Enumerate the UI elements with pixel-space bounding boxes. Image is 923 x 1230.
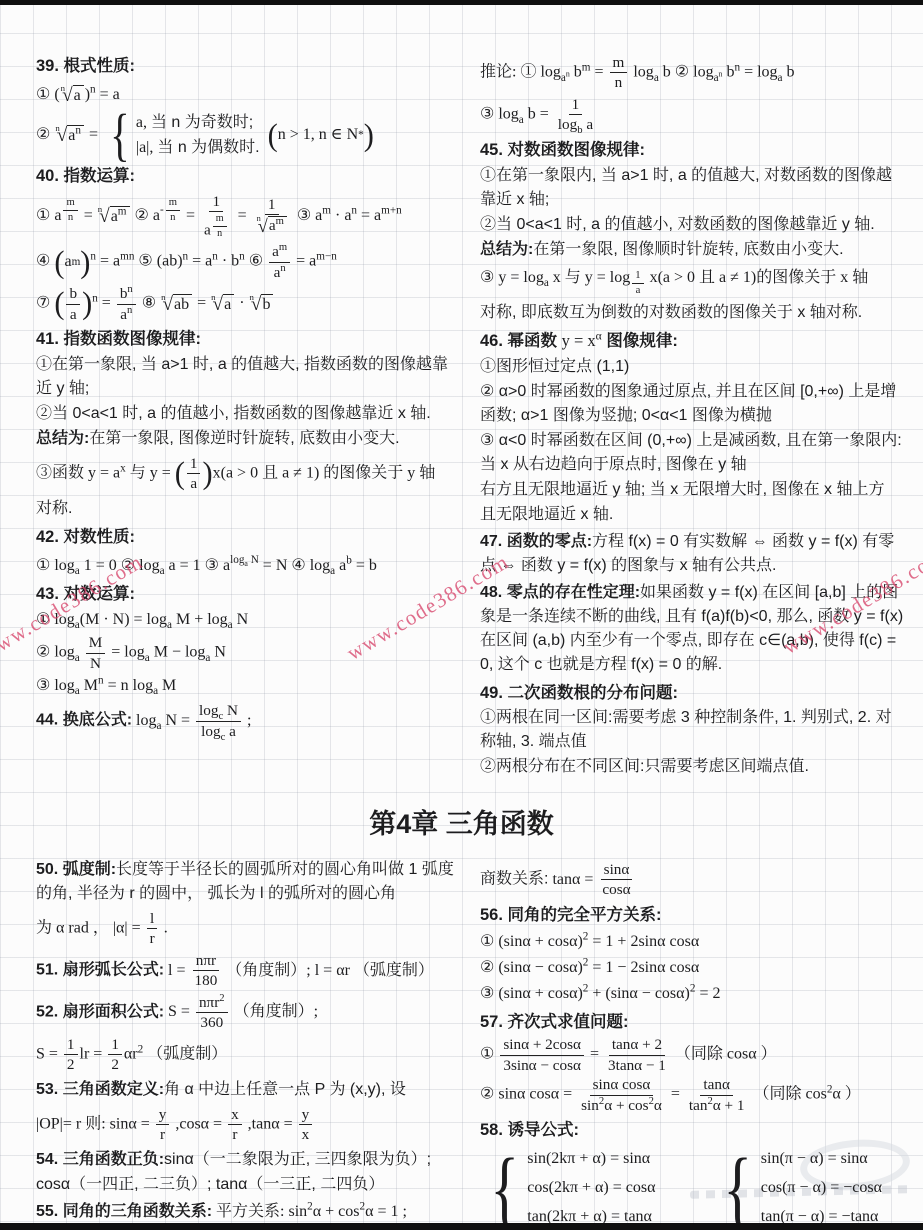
induction-group-2-column: sin(π − α) = sinα cos(π − α) = −cosα tan… — [761, 1145, 882, 1230]
section-45-heading: 45. 对数函数图像规律: — [480, 138, 905, 163]
section-51-heading: 51. 扇形弧长公式: — [36, 962, 164, 979]
section-58-heading: 58. 诱导公式: — [480, 1118, 905, 1143]
right-column-top: 推论: ① logan bm = mn loga b ② logan bn = … — [480, 50, 905, 782]
section-46-heading-math: y = xα — [562, 331, 602, 350]
formula-52-2: S = 12lr = 12αr2 （弧度制） — [36, 1036, 464, 1074]
formula-57-1: ① sinα + 2cosα3sinα − cosα = tanα + 23ta… — [480, 1036, 905, 1074]
case-39-even: |a|, 当 n 为偶数时. — [136, 136, 260, 160]
section-49-point-2: ②两根分布在不同区间:只需要考虑区间端点值. — [480, 755, 905, 779]
section-52: 52. 扇形面积公式: S = nπr2360 （角度制）; S = 12lr … — [36, 994, 464, 1074]
case-39-odd: a, 当 n 为奇数时; — [136, 111, 260, 135]
section-43: 43. 对数运算: ① loga(M · N) = loga M + loga … — [36, 582, 464, 699]
formula-quotient: 商数关系: tanα = sinαcosα — [480, 861, 905, 899]
induction-group-2: sin(π − α) = sinα cos(π − α) = −cosα tan… — [717, 1145, 882, 1230]
section-49: 49. 二次函数根的分布问题: ①两根在同一区间:需要考虑 3 种控制条件, 1… — [480, 681, 905, 780]
cases-39-column: a, 当 n 为奇数时; |a|, 当 n 为偶数时. — [136, 111, 260, 160]
section-45-point-1: ①在第一象限内, 当 a>1 时, a 的值越大, 对数函数的图像越靠近 x 轴… — [480, 164, 905, 212]
section-43-heading: 43. 对数运算: — [36, 582, 464, 607]
formula-58-2b: cos(π − α) = −cosα — [761, 1176, 882, 1200]
section-40-heading: 40. 指数运算: — [36, 164, 464, 189]
left-column-bottom: 50. 弧度制:长度等于半径长的圆弧所对的圆心角叫做 1 弧度的角, 半径为 r… — [36, 857, 464, 1230]
case-39-odd-value: a, — [136, 114, 147, 131]
chapter-title: 第4章 三角函数 — [0, 804, 923, 845]
formula-44-body: loga N = logc Nlogc a ; — [136, 712, 251, 729]
section-54-heading: 54. 三角函数正负: — [36, 1151, 164, 1168]
section-55: 55. 同角的三角函数关系: 平方关系: sin2α + cos2α = 1 ; — [36, 1200, 464, 1224]
formula-39-1: ① (na)n = a — [36, 83, 464, 107]
formula-42-1: ① loga 1 = 0 ② loga a = 1 ③ aloga N = N … — [36, 554, 464, 578]
formula-55-body: 平方关系: sin2α + cos2α = 1 ; — [216, 1203, 407, 1220]
case-39-even-value: |a|, — [136, 139, 154, 156]
formula-55: 55. 同角的三角函数关系: 平方关系: sin2α + cos2α = 1 ; — [36, 1200, 464, 1224]
section-51: 51. 扇形弧长公式: l = nπr180 （角度制）; l = αr （弧度… — [36, 952, 464, 990]
section-39-heading: 39. 根式性质: — [36, 54, 464, 79]
formula-39-2-lhs: ② nan = — [36, 126, 98, 143]
section-54-text-2: cosα（一四正, 二三负）; tanα（一三正, 二四负） — [36, 1173, 464, 1197]
formula-51: 51. 扇形弧长公式: l = nπr180 （角度制）; l = αr （弧度… — [36, 952, 464, 990]
left-brace-icon — [110, 112, 129, 158]
section-41: 41. 指数函数图像规律: ①在第一象限, 当 a>1 时, a 的值越大, 指… — [36, 327, 464, 521]
section-53-heading: 53. 三角函数定义: — [36, 1081, 164, 1098]
formula-51-body: l = nπr180 （角度制）; l = αr （弧度制） — [168, 962, 434, 979]
section-57: 57. 齐次式求值问题: ① sinα + 2cosα3sinα − cosα … — [480, 1010, 905, 1115]
section-53-text: 角 α 中边上任意一点 P 为 (x,y), 设 — [164, 1081, 406, 1098]
formula-quotient-body: tanα = sinαcosα — [552, 871, 635, 888]
cases-39: a, 当 n 为奇数时; |a|, 当 n 为偶数时. — [106, 111, 260, 160]
section-48-heading: 48. 零点的存在性定理: — [480, 584, 640, 601]
section-46-heading-pre: 46. 幂函数 — [480, 332, 562, 350]
right-column-bottom: 商数关系: tanα = sinαcosα 56. 同角的完全平方关系: ① (… — [480, 857, 905, 1230]
section-41-point-3-cont: 对称. — [36, 497, 464, 521]
section-39: 39. 根式性质: ① (na)n = a ② nan = a, 当 n 为奇数… — [36, 54, 464, 160]
section-quotient: 商数关系: tanα = sinαcosα — [480, 861, 905, 899]
formula-52-body: S = nπr2360 （角度制）; — [168, 1003, 318, 1020]
formula-45-3: ③ y = loga x 与 y = log1a x(a > 0 且 a ≠ 1… — [480, 266, 905, 297]
section-50-heading: 50. 弧度制: — [36, 861, 116, 878]
section-53-body: 53. 三角函数定义:角 α 中边上任意一点 P 为 (x,y), 设 — [36, 1078, 464, 1102]
formula-44: 44. 换底公式: loga N = logc Nlogc a ; — [36, 702, 464, 740]
formula-50: 为 α rad ， |α| = lr . — [36, 910, 464, 948]
section-46-heading: 46. 幂函数 y = xα 图像规律: — [480, 329, 905, 354]
formula-56-2: ② (sinα − cosα)2 = 1 − 2sinα cosα — [480, 956, 905, 980]
left-brace-icon — [490, 1154, 519, 1223]
formula-52-1: 52. 扇形面积公式: S = nπr2360 （角度制）; — [36, 994, 464, 1032]
section-46: 46. 幂函数 y = xα 图像规律: ①图形恒过定点 (1,1) ② α>0… — [480, 329, 905, 527]
section-48: 48. 零点的存在性定理:如果函数 y = f(x) 在区间 [a,b] 上的图… — [480, 581, 905, 677]
case-39-even-note: 当 n 为偶数时. — [157, 139, 259, 156]
induction-group-1: sin(2kπ + α) = sinα cos(2kπ + α) = cosα … — [484, 1145, 655, 1230]
section-45-point-2: ②当 0<a<1 时, a 的值越小, 对数函数的图像越靠近 y 轴. — [480, 213, 905, 237]
top-edge-bar — [0, 0, 923, 5]
section-46-point-3-cont2: 且无限地逼近 x 轴. — [480, 503, 905, 527]
formula-43-2: ② loga MN = loga M − loga N — [36, 634, 464, 672]
formula-58-1b: cos(2kπ + α) = cosα — [527, 1176, 655, 1200]
left-column-top: 39. 根式性质: ① (na)n = a ② nan = a, 当 n 为奇数… — [36, 50, 464, 782]
section-54-text: sinα（一二象限为正, 三四象限为负）; — [164, 1151, 431, 1168]
section-56-heading: 56. 同角的完全平方关系: — [480, 903, 905, 928]
formula-58-2a: sin(π − α) = sinα — [761, 1147, 882, 1171]
section-45: 45. 对数函数图像规律: ①在第一象限内, 当 a>1 时, a 的值越大, … — [480, 138, 905, 325]
section-46-point-3-cont1: 右方且无限地逼近 y 轴; 当 x 无限增大时, 图像在 x 轴上方 — [480, 478, 905, 502]
section-50: 50. 弧度制:长度等于半径长的圆弧所对的圆心角叫做 1 弧度的角, 半径为 r… — [36, 858, 464, 948]
formula-57-2: ② sinα cosα = sinα cosαsin2α + cos2α = t… — [480, 1076, 905, 1114]
section-41-heading: 41. 指数函数图像规律: — [36, 327, 464, 352]
section-47: 47. 函数的零点:方程 f(x) = 0 有实数解 ⇔ 函数 y = f(x)… — [480, 530, 905, 578]
section-42: 42. 对数性质: ① loga 1 = 0 ② loga a = 1 ③ al… — [36, 525, 464, 578]
section-47-body: 47. 函数的零点:方程 f(x) = 0 有实数解 ⇔ 函数 y = f(x)… — [480, 530, 905, 578]
section-49-point-1: ①两根在同一区间:需要考虑 3 种控制条件, 1. 判别式, 2. 对称轴, 3… — [480, 706, 905, 754]
formula-56-1: ① (sinα + cosα)2 = 1 + 2sinα cosα — [480, 930, 905, 954]
formula-sheet-page: www.code386.com www.code386.com www.code… — [0, 0, 923, 1230]
formula-41-3: ③函数 y = ax 与 y = 1ax(a > 0 且 a ≠ 1) 的图像关… — [36, 455, 464, 493]
section-55-heading: 55. 同角的三角函数关系: — [36, 1203, 212, 1220]
section-57-heading: 57. 齐次式求值问题: — [480, 1010, 905, 1035]
formula-43-3: ③ loga Mn = n loga M — [36, 674, 464, 698]
section-42-heading: 42. 对数性质: — [36, 525, 464, 550]
bottom-edge-bar — [0, 1223, 923, 1230]
top-columns: 39. 根式性质: ① (na)n = a ② nan = a, 当 n 为奇数… — [0, 50, 923, 782]
section-46-point-2: ② α>0 时幂函数的图象通过原点, 并且在区间 [0,+∞) 上是增函数; α… — [480, 380, 905, 428]
quotient-label: 商数关系: — [480, 871, 548, 888]
section-41-summary: 总结为:在第一象限, 图像逆时针旋转, 底数由小变大. — [36, 427, 464, 451]
section-52-heading: 52. 扇形面积公式: — [36, 1003, 164, 1020]
formula-40-1: ① amn = nam ② a-mn = 1amn = 1nam ③ am · … — [36, 193, 464, 240]
section-47-heading: 47. 函数的零点: — [480, 533, 592, 550]
section-41-summary-label: 总结为: — [36, 430, 89, 447]
formula-43-1: ① loga(M · N) = loga M + loga N — [36, 608, 464, 632]
left-brace-icon — [724, 1154, 753, 1223]
section-46-point-1: ①图形恒过定点 (1,1) — [480, 355, 905, 379]
section-46-point-3: ③ α<0 时幂函数在区间 (0,+∞) 上是减函数, 且在第一象限内: 当 x… — [480, 429, 905, 477]
formula-58-1a: sin(2kπ + α) = sinα — [527, 1147, 655, 1171]
formula-corollary-2: ③ loga b = 1logb a — [480, 96, 905, 134]
section-54: 54. 三角函数正负:sinα（一二象限为正, 三四象限为负）; cosα（一四… — [36, 1148, 464, 1197]
section-45-summary-text: 在第一象限, 图像顺时针旋转, 底数由小变大. — [533, 241, 843, 258]
section-corollary: 推论: ① logan bm = mn loga b ② logan bn = … — [480, 54, 905, 134]
formula-39-2: ② nan = a, 当 n 为奇数时; |a|, 当 n 为偶数时. — [36, 111, 464, 160]
section-41-summary-text: 在第一象限, 图像逆时针旋转, 底数由小变大. — [89, 430, 399, 447]
case-39-odd-note: 当 n 为奇数时; — [151, 114, 253, 131]
section-53: 53. 三角函数定义:角 α 中边上任意一点 P 为 (x,y), 设 |OP|… — [36, 1078, 464, 1144]
section-46-heading-post: 图像规律: — [602, 332, 678, 350]
section-40: 40. 指数运算: ① amn = nam ② a-mn = 1amn = 1n… — [36, 164, 464, 323]
section-48-body: 48. 零点的存在性定理:如果函数 y = f(x) 在区间 [a,b] 上的图… — [480, 581, 905, 677]
section-49-heading: 49. 二次函数根的分布问题: — [480, 681, 905, 706]
formula-40-2: ④ amn = amn ⑤ (ab)n = an · bn ⑥ aman = a… — [36, 243, 464, 281]
section-45-summary: 总结为:在第一象限, 图像顺时针旋转, 底数由小变大. — [480, 238, 905, 262]
formula-corollary-1: 推论: ① logan bm = mn loga b ② logan bn = … — [480, 54, 905, 92]
induction-formula-groups: sin(2kπ + α) = sinα cos(2kπ + α) = cosα … — [480, 1145, 905, 1230]
section-45-summary-label: 总结为: — [480, 241, 533, 258]
section-54-body: 54. 三角函数正负:sinα（一二象限为正, 三四象限为负）; — [36, 1148, 464, 1172]
section-41-point-1: ①在第一象限, 当 a>1 时, a 的值越大, 指数函数的图像越靠近 y 轴; — [36, 353, 464, 401]
formula-40-3: ⑦ ban = bnan ⑧ nab = na · nb — [36, 285, 464, 323]
section-44-heading: 44. 换底公式: — [36, 712, 132, 729]
section-50-body: 50. 弧度制:长度等于半径长的圆弧所对的圆心角叫做 1 弧度的角, 半径为 r… — [36, 858, 464, 906]
bottom-columns: 50. 弧度制:长度等于半径长的圆弧所对的圆心角叫做 1 弧度的角, 半径为 r… — [0, 857, 923, 1230]
formula-39-2-condition: n > 1, n ∈ N* — [268, 126, 374, 143]
section-41-point-2: ②当 0<a<1 时, a 的值越小, 指数函数的图像越靠近 x 轴. — [36, 402, 464, 426]
induction-group-1-column: sin(2kπ + α) = sinα cos(2kπ + α) = cosα … — [527, 1145, 655, 1230]
formula-53: |OP|= r 则: sinα = yr ,cosα = xr ,tanα = … — [36, 1106, 464, 1144]
formula-56-3: ③ (sinα + cosα)2 + (sinα − cosα)2 = 2 — [480, 982, 905, 1006]
section-44: 44. 换底公式: loga N = logc Nlogc a ; — [36, 702, 464, 740]
section-45-point-3-cont: 对称, 即底数互为倒数的对数函数的图像关于 x 轴对称. — [480, 301, 905, 325]
section-58: 58. 诱导公式: sin(2kπ + α) = sinα cos(2kπ + … — [480, 1118, 905, 1230]
section-56: 56. 同角的完全平方关系: ① (sinα + cosα)2 = 1 + 2s… — [480, 903, 905, 1006]
